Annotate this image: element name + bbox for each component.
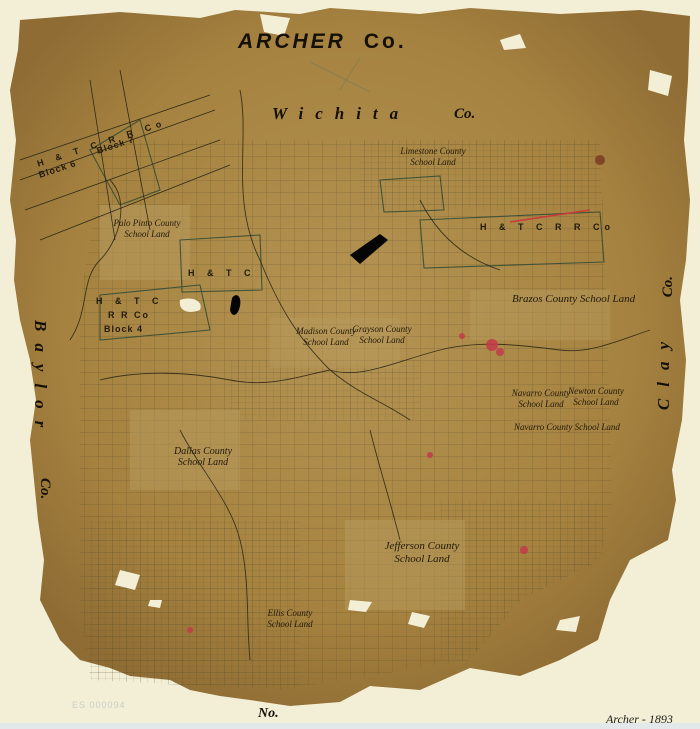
- grayson-school-land-label: Grayson County School Land: [352, 324, 412, 346]
- rr-co-west-label: R R Co: [108, 310, 150, 320]
- newton-school-land-label: Newton County School Land: [566, 386, 626, 408]
- brazos-school-land-label: Brazos County School Land: [512, 294, 635, 305]
- jefferson-school-land-label: Jefferson County School Land: [384, 540, 460, 566]
- archive-stamp: ES 000094: [72, 700, 126, 710]
- ellis-school-land-label: Ellis County School Land: [260, 608, 320, 630]
- map-sheet: ARCHERCo. Wichita Co. Baylor Co. Clay Co…: [0, 0, 700, 729]
- limestone-school-land-label: Limestone County School Land: [398, 146, 468, 168]
- clay-county-suffix: Co.: [660, 276, 677, 297]
- madison-school-land-label: Madison County School Land: [296, 326, 356, 348]
- map-title: ARCHERCo.: [238, 30, 407, 54]
- map-title-name: ARCHER: [238, 30, 346, 53]
- htc-rr-north-label: H & T C R R Co: [480, 222, 615, 232]
- block-west-label: Block 4: [104, 324, 143, 334]
- wichita-county-suffix: Co.: [454, 106, 475, 123]
- navarro-school-land-label: Navarro County School Land: [508, 388, 574, 410]
- htc-central-label: H & T C: [188, 268, 256, 278]
- navarro-school-land-label-2: Navarro County School Land: [514, 422, 620, 433]
- wichita-county-label: Wichita: [272, 104, 410, 124]
- map-title-suffix: Co.: [364, 30, 407, 53]
- palo-pinto-school-land-label: Palo Pinto County School Land: [112, 218, 182, 240]
- scanner-bed-edge: [0, 723, 700, 729]
- htc-west-label: H & T C: [96, 296, 164, 306]
- dallas-school-land-label: Dallas County School Land: [170, 446, 236, 468]
- baylor-county-label: Baylor: [30, 320, 50, 439]
- bottom-number-label: No.: [258, 706, 279, 722]
- clay-county-label: Clay: [654, 330, 674, 410]
- baylor-county-suffix: Co.: [36, 478, 53, 499]
